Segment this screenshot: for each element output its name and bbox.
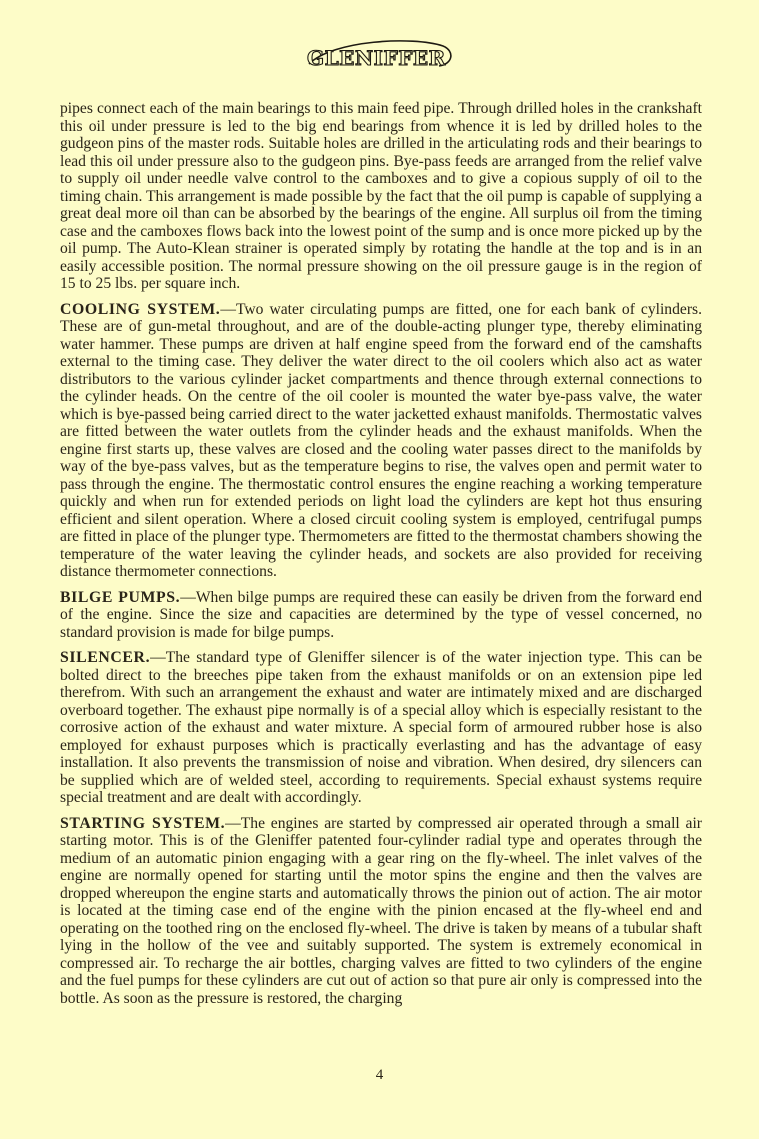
section-heading-bilge-pumps: BILGE PUMPS. <box>60 589 180 606</box>
paragraph-text: —The engines are started by compressed a… <box>60 815 702 1007</box>
logo-text: GLENIFFER <box>307 46 446 70</box>
section-heading-starting-system: STARTING SYSTEM. <box>60 815 225 832</box>
paragraph-lubrication: pipes connect each of the main bearings … <box>60 100 702 293</box>
paragraph-bilge-pumps: BILGE PUMPS.—When bilge pumps are requir… <box>60 589 702 642</box>
document-body: pipes connect each of the main bearings … <box>60 100 702 1015</box>
section-heading-silencer: SILENCER. <box>60 649 150 666</box>
paragraph-text: —The standard type of Gleniffer silencer… <box>60 649 702 806</box>
page-number: 4 <box>0 1067 759 1084</box>
paragraph-cooling-system: COOLING SYSTEM.—Two water circulating pu… <box>60 301 702 581</box>
gleniffer-logo: GLENIFFER <box>303 34 455 74</box>
paragraph-text: —Two water circulating pumps are fitted,… <box>60 301 702 581</box>
paragraph-starting-system: STARTING SYSTEM.—The engines are started… <box>60 815 702 1008</box>
logo-swash-icon: GLENIFFER <box>303 34 455 74</box>
section-heading-cooling-system: COOLING SYSTEM. <box>60 301 220 318</box>
paragraph-text: pipes connect each of the main bearings … <box>60 100 702 292</box>
paragraph-silencer: SILENCER.—The standard type of Gleniffer… <box>60 649 702 807</box>
